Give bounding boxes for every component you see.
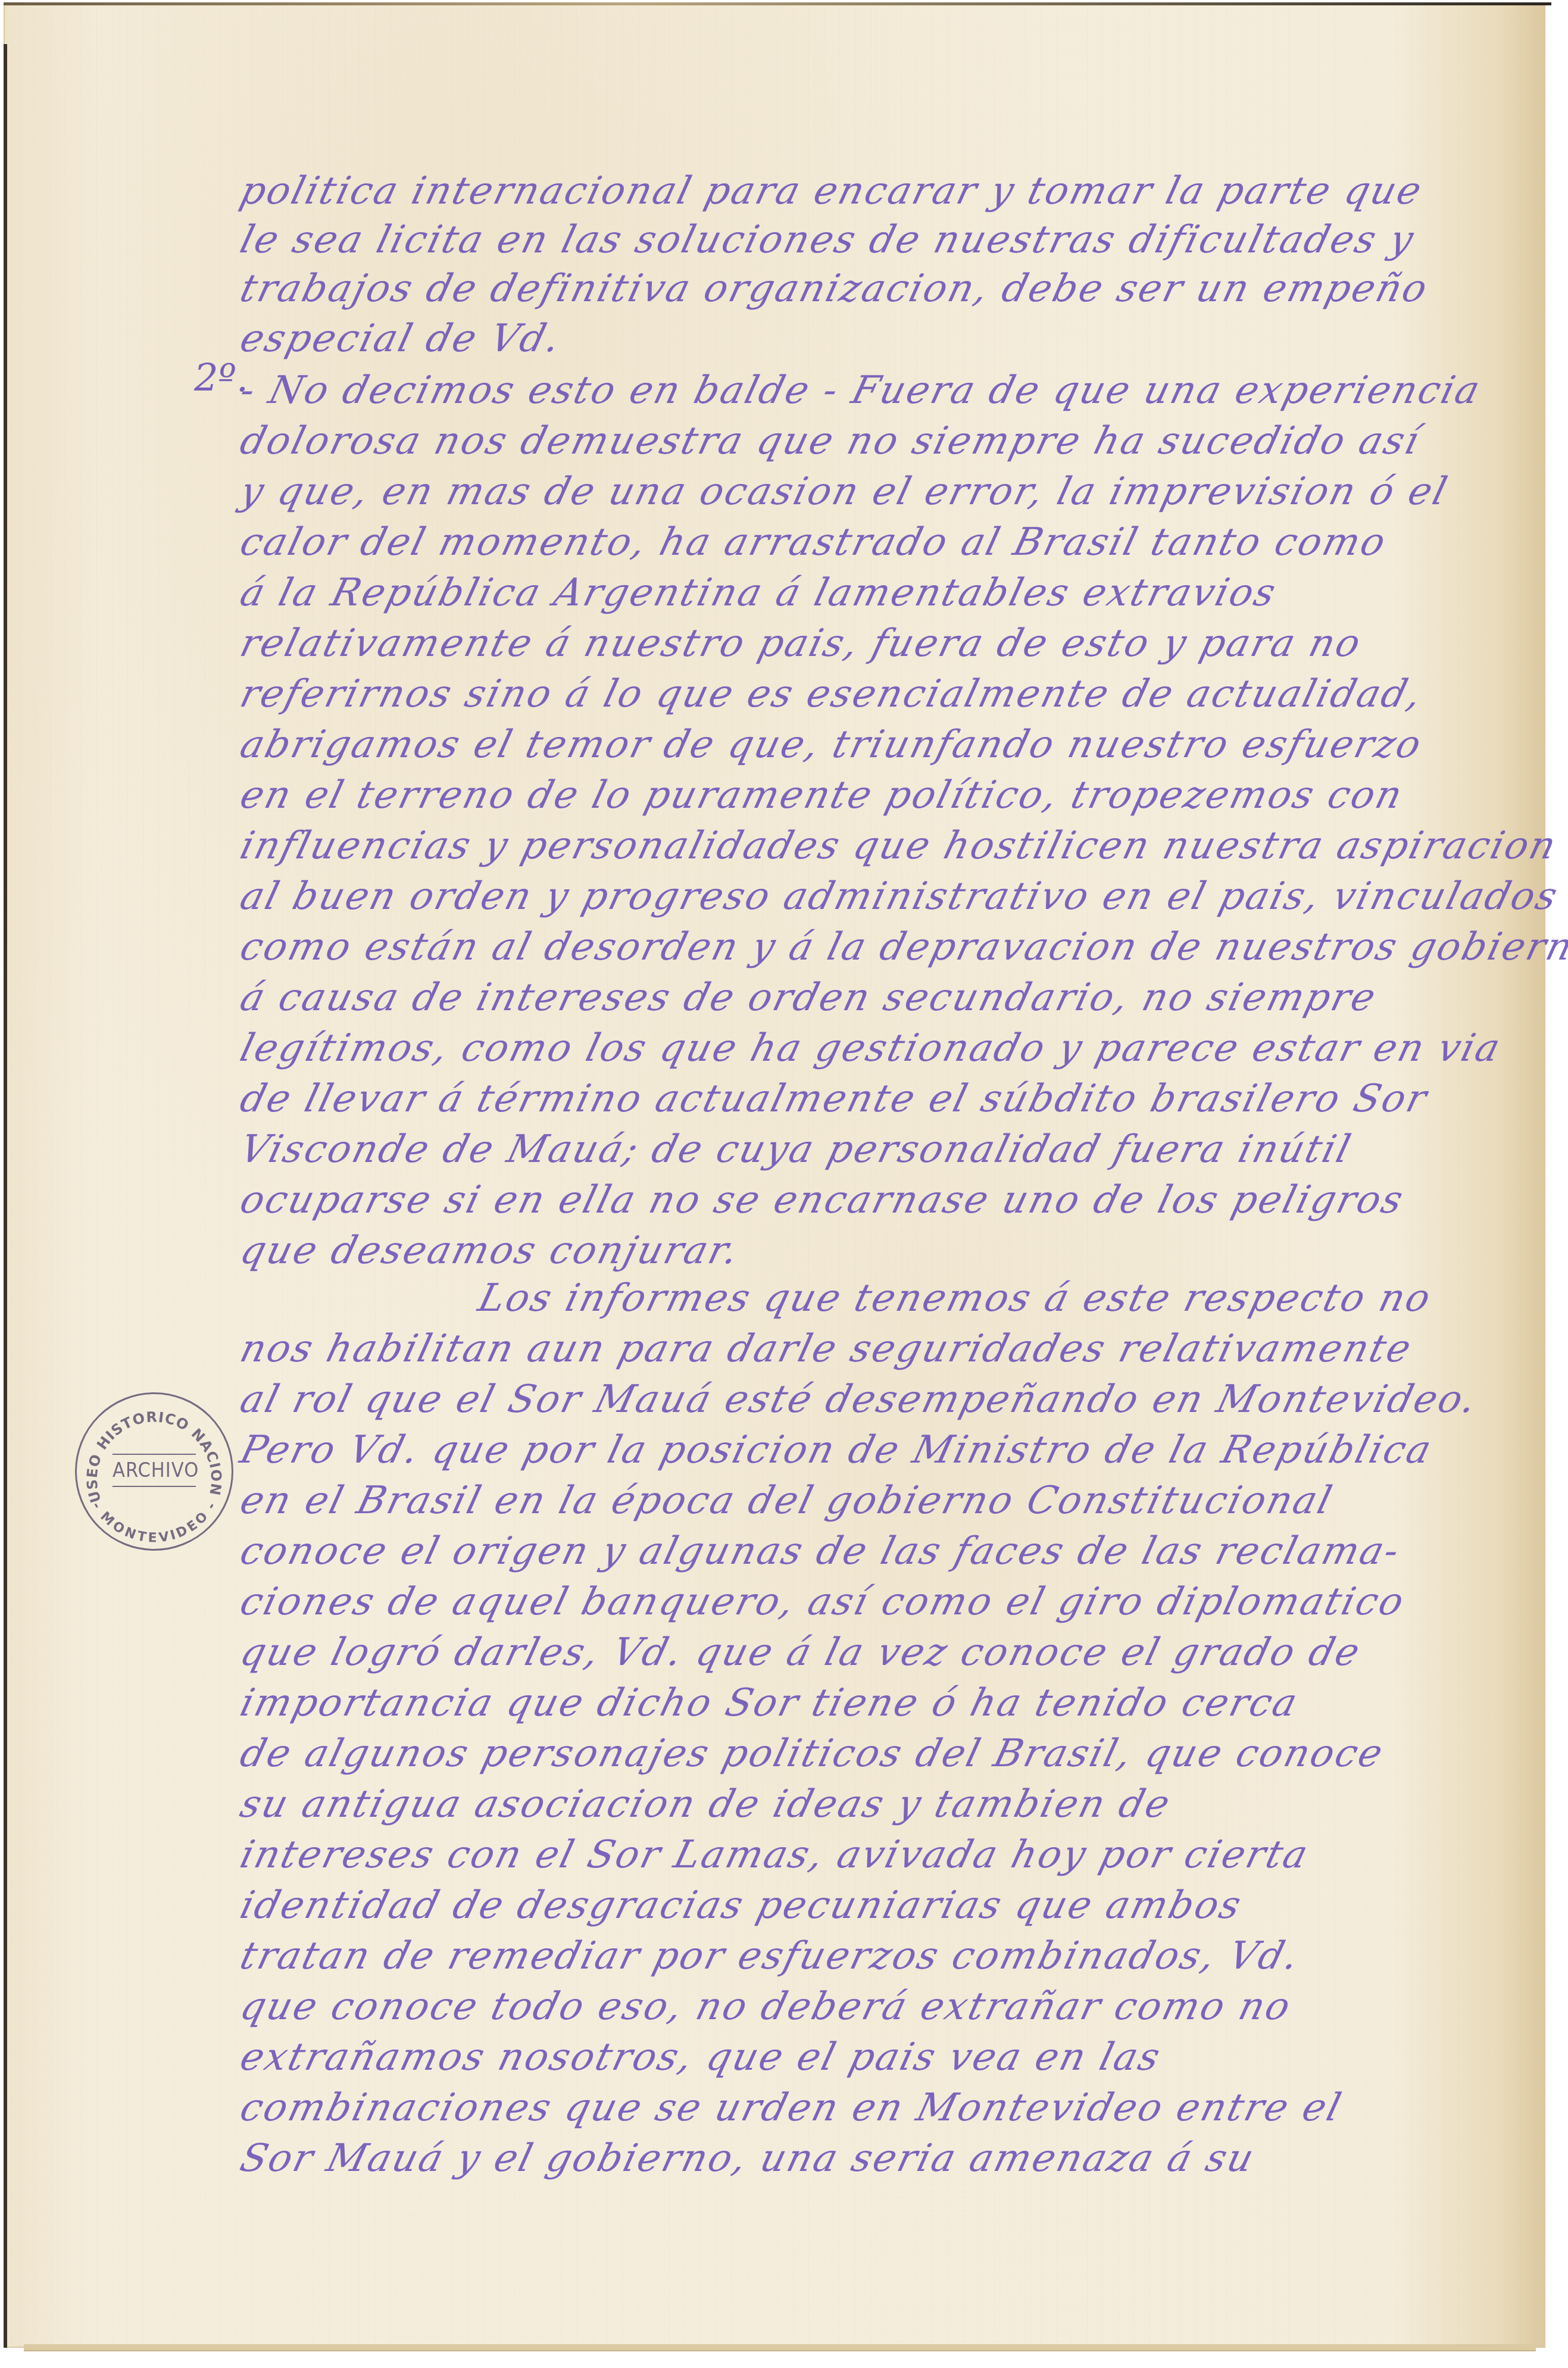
text-line: Visconde de Mauá; de cuya personalidad f… xyxy=(236,1127,1357,1171)
text-line: Los informes que tenemos á este respecto… xyxy=(474,1276,1436,1320)
text-line: - No decimos esto en balde - Fuera de qu… xyxy=(236,368,1486,413)
text-line: abrigamos el temor de que, triunfando nu… xyxy=(236,723,1427,767)
text-line: ocuparse si en ella no se encarnase uno … xyxy=(236,1178,1409,1222)
text-line: que conoce todo eso, no deberá extrañar … xyxy=(236,1985,1296,2029)
text-line: que deseamos conjurar. xyxy=(236,1229,744,1273)
text-line: referirnos sino á lo que es esencialment… xyxy=(236,672,1428,716)
text-line: identidad de desgracias pecuniarias que … xyxy=(236,1883,1247,1927)
text-line: á la República Argentina á lamentables e… xyxy=(236,571,1282,615)
text-line: politica internacional para encarar y to… xyxy=(236,169,1428,213)
text-line: le sea licita en las soluciones de nuest… xyxy=(236,218,1419,262)
stamp-top-text: MUSEO HISTORICO NACIONAL xyxy=(77,1394,224,1505)
text-line: conoce el origen y algunas de las faces … xyxy=(236,1529,1405,1573)
text-line: en el Brasil en la época del gobierno Co… xyxy=(236,1479,1338,1523)
text-line: como están al desorden y á la depravacio… xyxy=(236,925,1568,969)
text-line: que logró darles, Vd. que á la vez conoc… xyxy=(236,1630,1366,1675)
page-top-edge xyxy=(4,2,1551,5)
binding-edge xyxy=(4,44,7,2348)
text-line: de algunos personajes politicos del Bras… xyxy=(236,1732,1389,1776)
text-line: influencias y personalidades que hostili… xyxy=(236,824,1562,868)
text-line: importancia que dicho Sor tiene ó ha ten… xyxy=(236,1681,1303,1725)
text-line: su antigua asociacion de ideas y tambien… xyxy=(236,1782,1176,1826)
text-line: dolorosa nos demuestra que no siempre ha… xyxy=(236,419,1425,463)
text-line: trabajos de definitiva organizacion, deb… xyxy=(236,267,1433,311)
svg-text:MUSEO HISTORICO NACIONAL: MUSEO HISTORICO NACIONAL xyxy=(77,1394,224,1505)
text-line: especial de Vd. xyxy=(236,317,566,361)
text-line: relativamente á nuestro pais, fuera de e… xyxy=(236,621,1367,666)
text-line: intereses con el Sor Lamas, avivada hoy … xyxy=(236,1833,1314,1877)
text-line: al rol que el Sor Mauá esté desempeñando… xyxy=(236,1377,1482,1422)
text-line: nos habilitan aun para darle seguridades… xyxy=(236,1327,1417,1371)
text-line: y que, en mas de una ocasion el error, l… xyxy=(236,470,1453,514)
text-line: combinaciones que se urden en Montevideo… xyxy=(236,2086,1347,2130)
text-line: calor del momento, ha arrastrado al Bras… xyxy=(236,520,1392,564)
text-line: á causa de intereses de orden secundario… xyxy=(236,976,1382,1020)
text-line: al buen orden y progreso administrativo … xyxy=(236,874,1563,919)
text-line: ciones de aquel banquero, así como el gi… xyxy=(236,1580,1410,1624)
page-stack-edge xyxy=(24,2344,1536,2351)
text-line: de llevar á término actualmente el súbdi… xyxy=(236,1077,1432,1121)
stamp-bottom-text: - MONTEVIDEO - xyxy=(89,1499,220,1546)
text-line: en el terreno de lo puramente político, … xyxy=(236,773,1408,817)
text-line: Pero Vd. que por la posicion de Ministro… xyxy=(236,1428,1437,1472)
text-line: legítimos, como los que ha gestionado y … xyxy=(236,1026,1506,1070)
manuscript-page: 2º. politica internacional para encarar … xyxy=(4,2,1545,2348)
text-line: tratan de remediar por esfuerzos combina… xyxy=(236,1934,1305,1978)
text-line: Sor Mauá y el gobierno, una seria amenaz… xyxy=(236,2136,1260,2180)
svg-text:- MONTEVIDEO -: - MONTEVIDEO - xyxy=(89,1499,220,1546)
stamp-center-text: ARCHIVO xyxy=(113,1454,196,1487)
text-line: extrañamos nosotros, que el pais vea en … xyxy=(236,2035,1166,2079)
archive-stamp: MUSEO HISTORICO NACIONAL - MONTEVIDEO - … xyxy=(75,1392,233,1551)
